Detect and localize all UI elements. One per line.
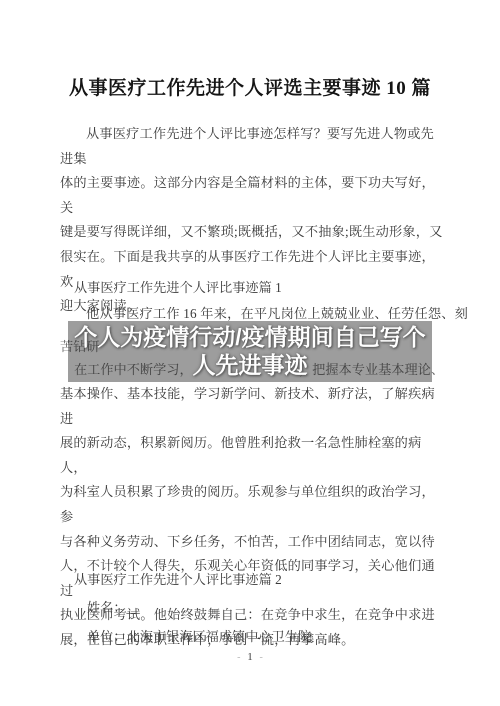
section-heading-2: 从事医疗工作先进个人评比事迹篇 2 [74, 572, 282, 588]
page-number-dash-left: - [237, 652, 240, 663]
unit-line: 单位：北海市银海区福成镇中心卫生院 [87, 626, 311, 645]
document-title: 从事医疗工作先进个人评选主要事迹 10 篇 [0, 76, 500, 102]
section-heading-1: 从事医疗工作先进个人评比事迹篇 1 [74, 280, 282, 296]
page-number-value: 1 [247, 651, 253, 663]
page-number-dash-right: - [260, 652, 263, 663]
page-number: - 1 - [0, 651, 500, 663]
watermark-overlay-text: 个人为疫情行动/疫情期间自己写个 人先进事迹 [68, 321, 432, 382]
document-page: 从事医疗工作先进个人评选主要事迹 10 篇 从事医疗工作先进个人评比事迹怎样写？… [0, 0, 500, 706]
name-field-line: 姓名：__ [87, 597, 140, 616]
